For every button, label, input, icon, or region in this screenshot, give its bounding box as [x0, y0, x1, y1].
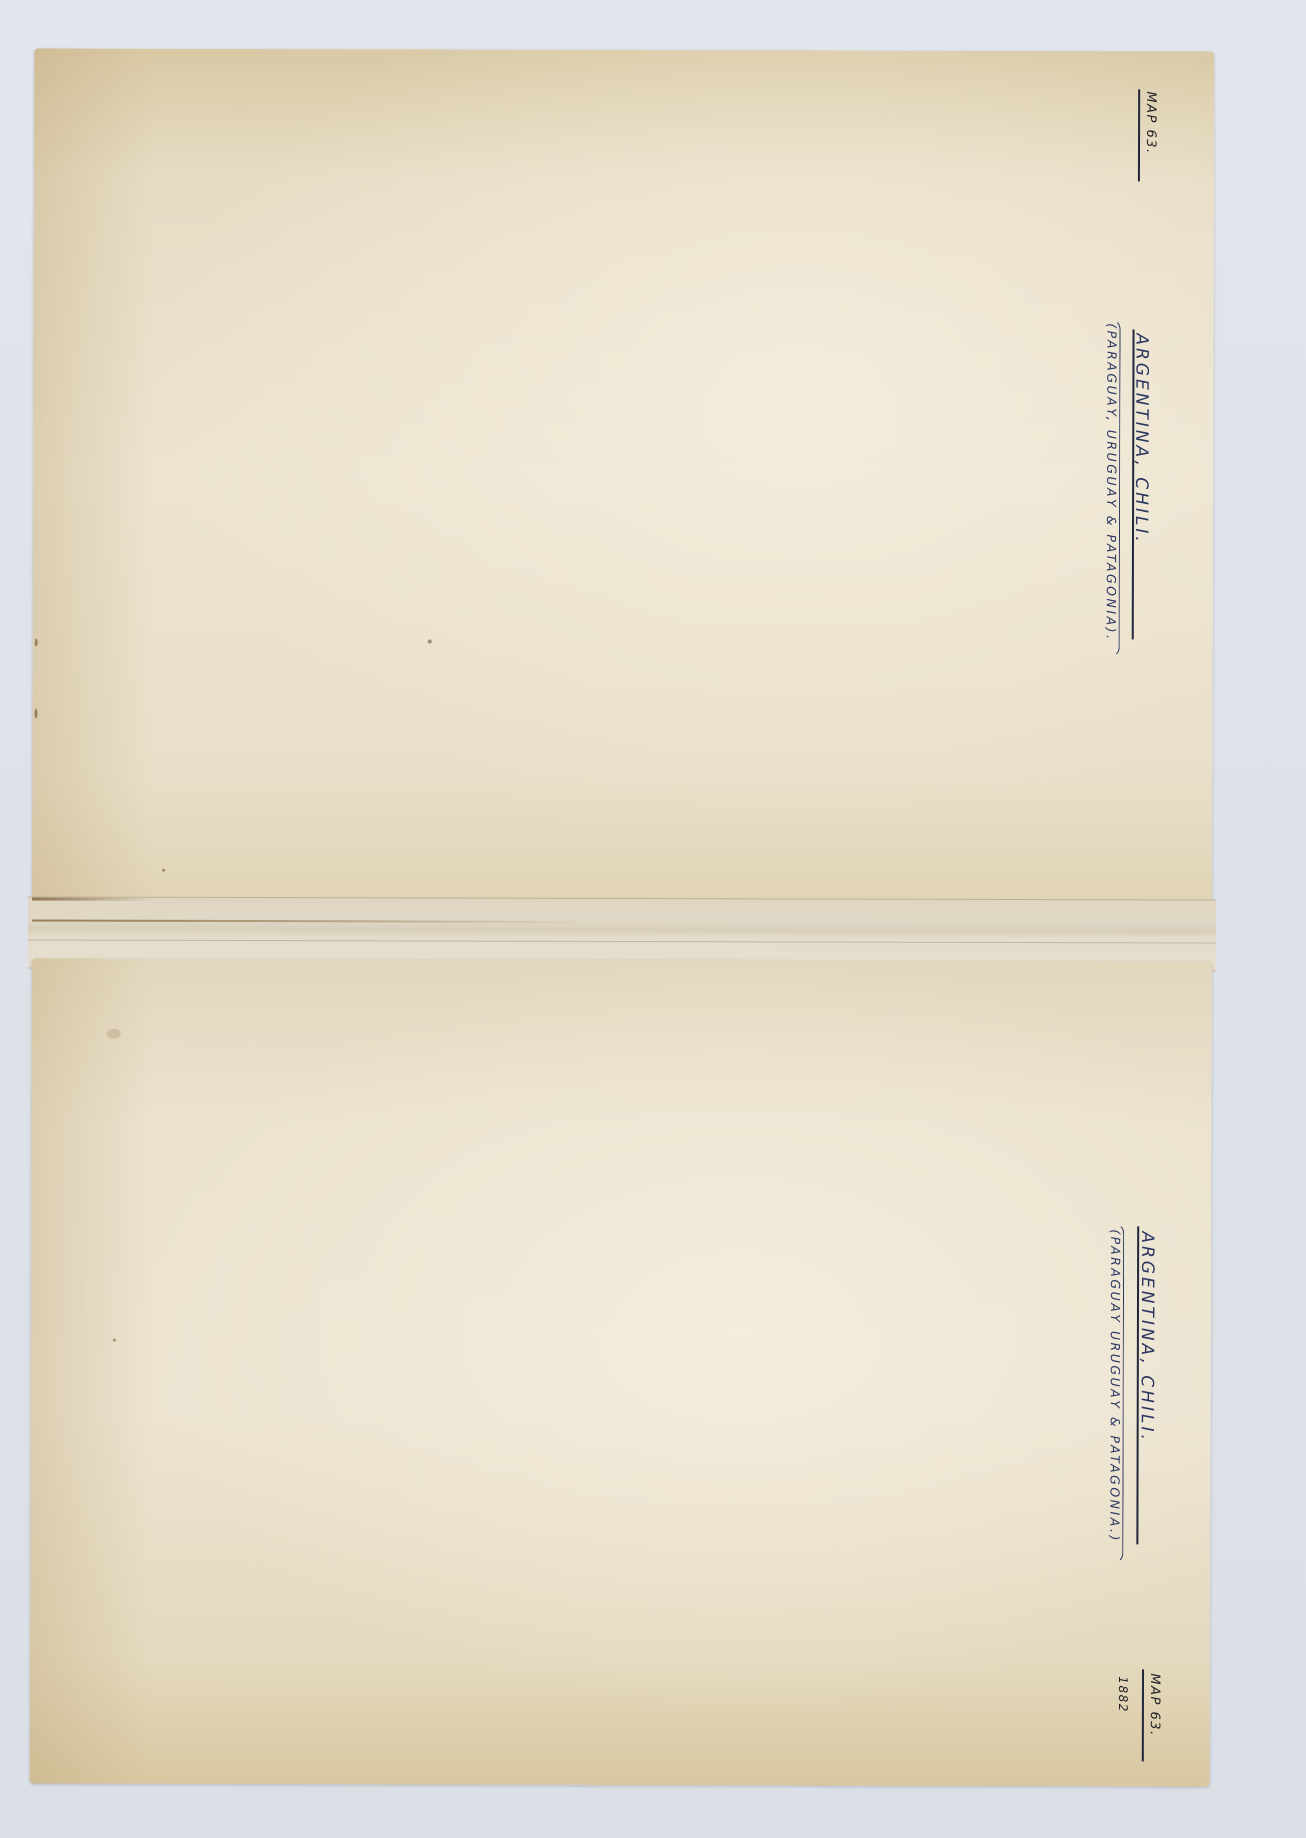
bottom-title: ARGENTINA, CHILI. [1137, 1231, 1158, 1443]
top-title: ARGENTINA, CHILI. [1131, 333, 1152, 545]
top-map-ref-underline [1138, 89, 1140, 181]
sheet-top-half: MAP 63. ARGENTINA, CHILI. (PARAGUAY, URU… [32, 48, 1214, 906]
hinge-fold-line [28, 939, 1216, 943]
stain-spot [107, 1029, 121, 1039]
bottom-map-ref: MAP 63. [1147, 1673, 1162, 1736]
sheet-bottom-half: ARGENTINA, CHILI. (PARAGUAY URUGUAY & PA… [30, 958, 1212, 1786]
hinge-stain-top [32, 897, 152, 900]
bottom-year: 1882 [1116, 1676, 1130, 1713]
stain-spot [428, 639, 432, 643]
top-map-ref: MAP 63. [1143, 91, 1158, 154]
stain-spot [35, 638, 38, 646]
hinge-stain-line [32, 919, 592, 922]
stain-spot [35, 708, 38, 718]
map-sheet: MAP 63. ARGENTINA, CHILI. (PARAGUAY, URU… [30, 48, 1215, 1786]
bottom-map-ref-underline [1142, 1669, 1144, 1761]
top-subtitle-bracket [1105, 319, 1121, 657]
stain-spot [113, 1339, 116, 1342]
stain-spot [162, 869, 165, 872]
bottom-subtitle-bracket [1108, 1223, 1124, 1563]
